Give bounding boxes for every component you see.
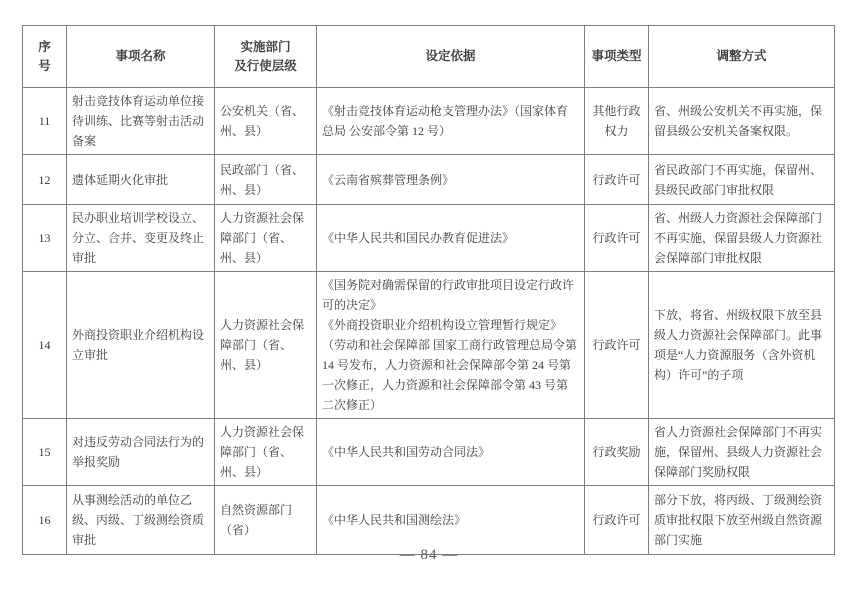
cell-serial-no: 15 <box>23 419 67 486</box>
approval-items-table: 序 号 事项名称 实施部门 及行使层级 设定依据 事项类型 调整方式 11 射击… <box>22 25 835 555</box>
table-header-row: 序 号 事项名称 实施部门 及行使层级 设定依据 事项类型 调整方式 <box>23 26 835 88</box>
cell-item-name: 从事测绘活动的单位乙级、丙级、丁级测绘资质审批 <box>67 486 215 555</box>
cell-item-name: 民办职业培训学校设立、分立、合并、变更及终止审批 <box>67 205 215 272</box>
table-row-12: 12 遗体延期火化审批 民政部门（省、州、县） 《云南省殡葬管理条例》 行政许可… <box>23 155 835 205</box>
cell-item-name: 射击竞技体育运动单位接待训练、比赛等射击活动备案 <box>67 88 215 155</box>
cell-department: 人力资源社会保障部门（省、州、县） <box>215 419 317 486</box>
cell-adjustment: 省、州级人力资源社会保障部门不再实施，保留县级人力资源社会保障部门审批权限 <box>649 205 835 272</box>
cell-department: 人力资源社会保障部门（省、州、县） <box>215 205 317 272</box>
cell-item-type: 行政许可 <box>585 155 649 205</box>
cell-serial-no: 14 <box>23 272 67 419</box>
cell-adjustment: 部分下放，将丙级、丁级测绘资质审批权限下放至州级自然资源部门实施 <box>649 486 835 555</box>
cell-adjustment: 省民政部门不再实施，保留州、县级民政部门审批权限 <box>649 155 835 205</box>
table-row-15: 15 对违反劳动合同法行为的举报奖励 人力资源社会保障部门（省、州、县） 《中华… <box>23 419 835 486</box>
cell-item-type: 行政奖励 <box>585 419 649 486</box>
cell-basis: 《中华人民共和国劳动合同法》 <box>317 419 585 486</box>
col-header-item-type: 事项类型 <box>585 26 649 88</box>
document-page: 序 号 事项名称 实施部门 及行使层级 设定依据 事项类型 调整方式 11 射击… <box>0 0 858 600</box>
col-header-basis: 设定依据 <box>317 26 585 88</box>
cell-adjustment: 省、州级公安机关不再实施，保留县级公安机关备案权限。 <box>649 88 835 155</box>
cell-basis: 《云南省殡葬管理条例》 <box>317 155 585 205</box>
col-header-department: 实施部门 及行使层级 <box>215 26 317 88</box>
cell-item-type: 其他行政权力 <box>585 88 649 155</box>
cell-department: 公安机关（省、州、县） <box>215 88 317 155</box>
cell-basis: 《国务院对确需保留的行政审批项目设定行政许可的决定》 《外商投资职业介绍机构设立… <box>317 272 585 419</box>
table-row-13: 13 民办职业培训学校设立、分立、合并、变更及终止审批 人力资源社会保障部门（省… <box>23 205 835 272</box>
cell-serial-no: 16 <box>23 486 67 555</box>
cell-basis: 《中华人民共和国测绘法》 <box>317 486 585 555</box>
cell-basis: 《中华人民共和国民办教育促进法》 <box>317 205 585 272</box>
cell-item-type: 行政许可 <box>585 205 649 272</box>
cell-item-name: 外商投资职业介绍机构设立审批 <box>67 272 215 419</box>
cell-department: 人力资源社会保障部门（省、州、县） <box>215 272 317 419</box>
cell-department: 自然资源部门（省） <box>215 486 317 555</box>
cell-item-name: 对违反劳动合同法行为的举报奖励 <box>67 419 215 486</box>
cell-item-name: 遗体延期火化审批 <box>67 155 215 205</box>
cell-serial-no: 11 <box>23 88 67 155</box>
page-number: — 84 — <box>0 547 858 564</box>
cell-serial-no: 12 <box>23 155 67 205</box>
cell-item-type: 行政许可 <box>585 486 649 555</box>
col-header-adjustment: 调整方式 <box>649 26 835 88</box>
col-header-serial-no: 序 号 <box>23 26 67 88</box>
cell-serial-no: 13 <box>23 205 67 272</box>
col-header-item-name: 事项名称 <box>67 26 215 88</box>
cell-department: 民政部门（省、州、县） <box>215 155 317 205</box>
cell-adjustment: 省人力资源社会保障部门不再实施，保留州、县级人力资源社会保障部门奖励权限 <box>649 419 835 486</box>
table-row-11: 11 射击竞技体育运动单位接待训练、比赛等射击活动备案 公安机关（省、州、县） … <box>23 88 835 155</box>
cell-item-type: 行政许可 <box>585 272 649 419</box>
cell-adjustment: 下放，将省、州级权限下放至县级人力资源社会保障部门。此事项是“人力资源服务（含外… <box>649 272 835 419</box>
table-row-14: 14 外商投资职业介绍机构设立审批 人力资源社会保障部门（省、州、县） 《国务院… <box>23 272 835 419</box>
cell-basis: 《射击竞技体育运动枪支管理办法》（国家体育总局 公安部令第 12 号） <box>317 88 585 155</box>
table-row-16: 16 从事测绘活动的单位乙级、丙级、丁级测绘资质审批 自然资源部门（省） 《中华… <box>23 486 835 555</box>
